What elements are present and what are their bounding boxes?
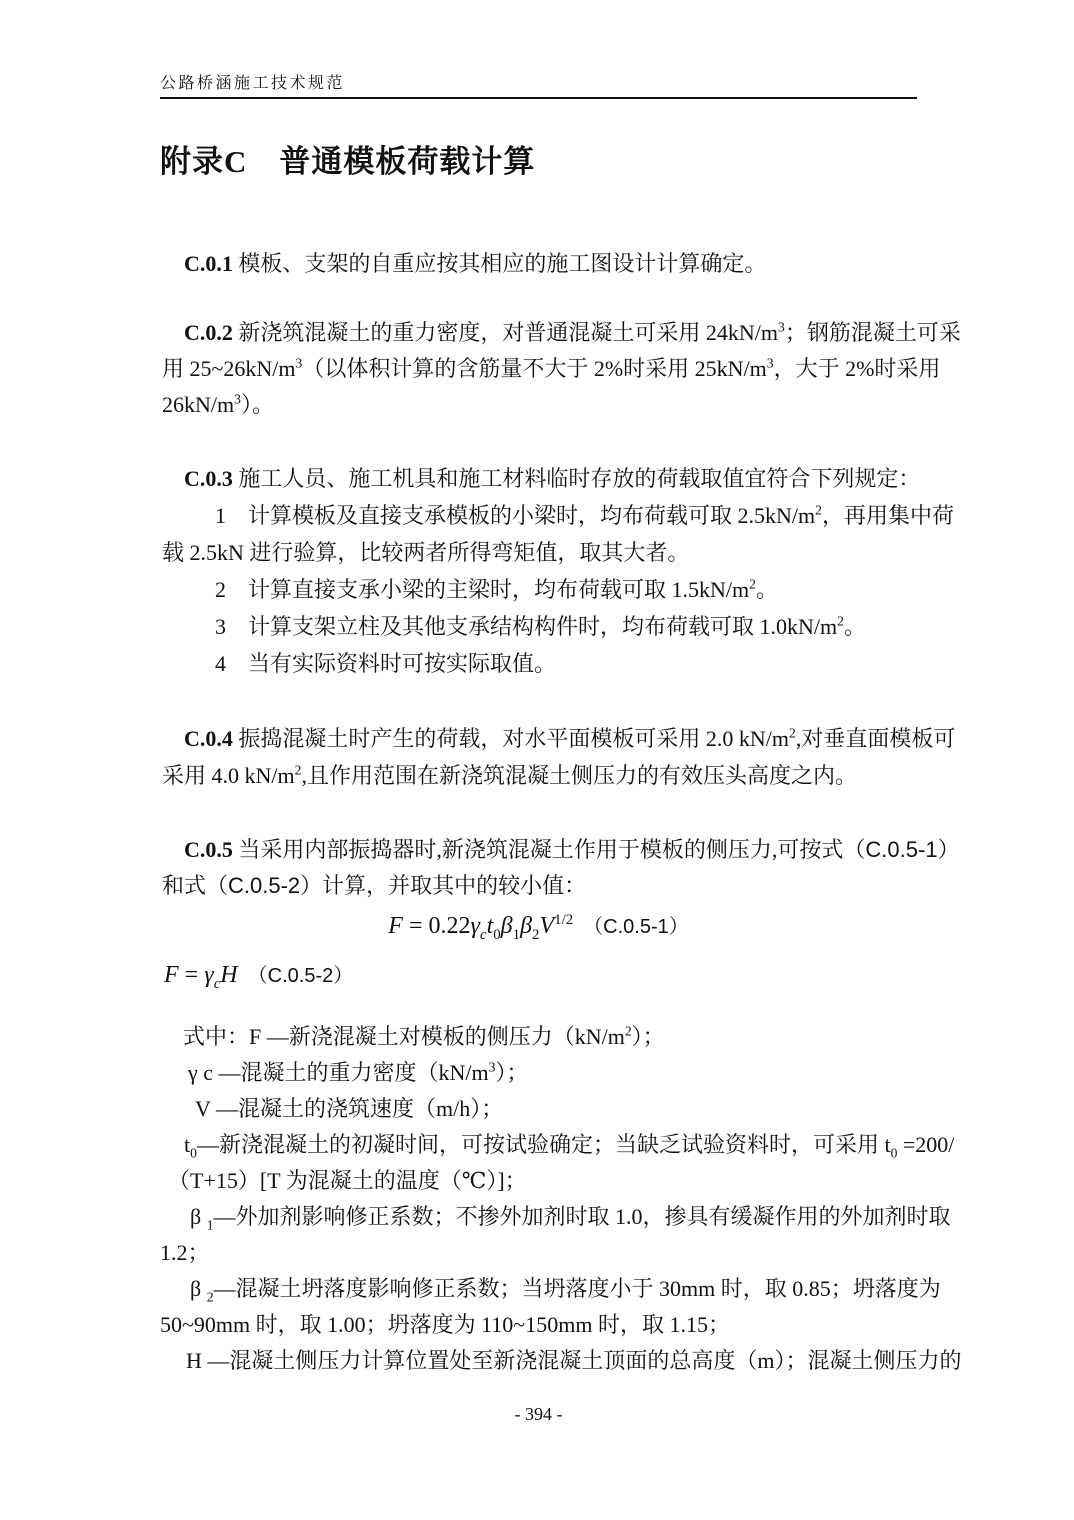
def-beta2-line2: 50~90mm 时，取 1.00；坍落度为 110~150mm 时，取 1.15… (160, 1307, 917, 1343)
c03-item3: 3 计算支架立柱及其他支承结构构件时，均布荷载可取 1.0kN/m2。 (160, 608, 917, 645)
c03-item2: 2 计算直接支承小梁的主梁时，均布荷载可取 1.5kN/m2。 (160, 571, 917, 608)
section-c01: C.0.1 模板、支架的自重应按其相应的施工图设计计算确定。 (160, 245, 917, 282)
c02-line2: 用 25~26kN/m3（以体积计算的含筋量不大于 2%时采用 25kN/m3，… (160, 351, 917, 387)
formula-c051-line: F = 0.22γct0β1β2V1/2 （C.0.5-1） (160, 908, 917, 945)
header-rule (160, 97, 917, 99)
c04-line1: C.0.4 振捣混凝土时产生的荷载，对水平面模板可采用 2.0 kN/m2,对垂… (160, 720, 917, 757)
section-c05: C.0.5 当采用内部振捣器时,新浇筑混凝土作用于模板的侧压力,可按式（C.0.… (160, 832, 917, 904)
symbol-definitions: 式中：F —新浇混凝土对模板的侧压力（kN/m2）； γ c —混凝土的重力密度… (160, 1019, 917, 1379)
c04-line2: 采用 4.0 kN/m2,且作用范围在新浇筑混凝土侧压力的有效压头高度之内。 (160, 757, 917, 794)
def-t0-line2: （T+15）[T 为混凝土的温度（℃）]； (160, 1163, 917, 1199)
def-F: 式中：F —新浇混凝土对模板的侧压力（kN/m2）； (160, 1019, 917, 1055)
def-H: H —混凝土侧压力计算位置处至新浇混凝土顶面的总高度（m）；混凝土侧压力的 (160, 1343, 917, 1379)
def-t0-line1: t0—新浇混凝土的初凝时间，可按试验确定；当缺乏试验资料时，可采用 t0 =20… (160, 1127, 917, 1163)
c05-line2: 和式（C.0.5-2）计算，并取其中的较小值： (160, 868, 917, 904)
section-c02: C.0.2 新浇筑混凝土的重力密度，对普通混凝土可采用 24kN/m3；钢筋混凝… (160, 315, 917, 423)
c05-line1: C.0.5 当采用内部振捣器时,新浇筑混凝土作用于模板的侧压力,可按式（C.0.… (160, 832, 917, 868)
c01-line1: C.0.1 模板、支架的自重应按其相应的施工图设计计算确定。 (160, 245, 917, 282)
page-title: 附录C 普通模板荷载计算 (160, 136, 535, 181)
def-V: V —混凝土的浇筑速度（m/h）； (160, 1091, 917, 1127)
page-number: - 394 - (160, 1404, 917, 1425)
formula-c051: F = 0.22γct0β1β2V1/2 （C.0.5-1） (160, 908, 917, 945)
section-c03: C.0.3 施工人员、施工机具和施工材料临时存放的荷载取值宜符合下列规定： 1 … (160, 460, 917, 682)
def-gamma-c: γ c —混凝土的重力密度（kN/m3）； (160, 1055, 917, 1091)
def-beta2-line1: β 2—混凝土坍落度影响修正系数；当坍落度小于 30mm 时，取 0.85；坍落… (160, 1271, 917, 1307)
c02-line3: 26kN/m3）。 (160, 387, 917, 423)
section-c04: C.0.4 振捣混凝土时产生的荷载，对水平面模板可采用 2.0 kN/m2,对垂… (160, 720, 917, 794)
def-beta1-line1: β 1—外加剂影响修正系数；不掺外加剂时取 1.0，掺具有缓凝作用的外加剂时取 (160, 1199, 917, 1235)
formula-c052-line: F = γcH （C.0.5-2） (160, 957, 917, 994)
document-page: 公路桥涵施工技术规范 附录C 普通模板荷载计算 C.0.1 模板、支架的自重应按… (0, 0, 1074, 1520)
c03-item1-line1: 1 计算模板及直接支承模板的小梁时，均布荷载可取 2.5kN/m2，再用集中荷 (160, 497, 917, 534)
c03-item1-line2: 载 2.5kN 进行验算，比较两者所得弯矩值，取其大者。 (160, 534, 917, 571)
formula-c052: F = γcH （C.0.5-2） (160, 957, 917, 994)
running-header: 公路桥涵施工技术规范 (160, 70, 345, 93)
c03-item4: 4 当有实际资料时可按实际取值。 (160, 645, 917, 682)
def-beta1-line2: 1.2； (160, 1235, 917, 1271)
c03-heading: C.0.3 施工人员、施工机具和施工材料临时存放的荷载取值宜符合下列规定： (160, 460, 917, 497)
c02-line1: C.0.2 新浇筑混凝土的重力密度，对普通混凝土可采用 24kN/m3；钢筋混凝… (160, 315, 917, 351)
